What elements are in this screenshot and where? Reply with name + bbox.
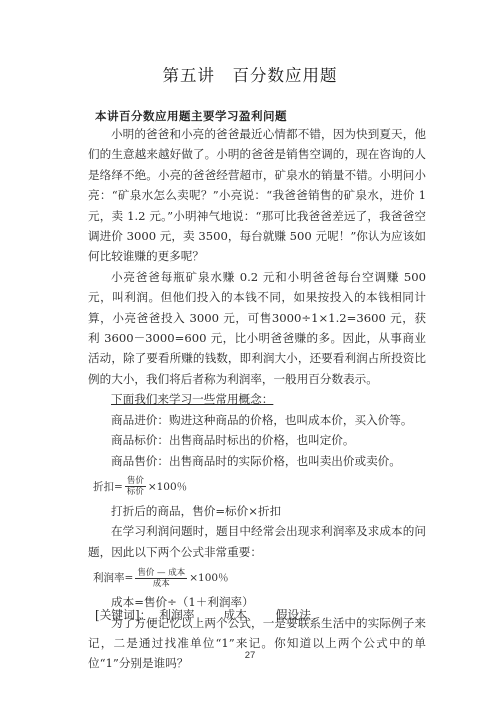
concepts-heading: 下面我们来学习一些常用概念： [88,389,426,409]
concept-cost-price: 商品进价：购进这种商品的价格，也叫成本价，买入价等。 [88,410,426,430]
concept-marked-price: 商品标价：出售商品时标出的价格，也叫定价。 [88,430,426,450]
fraction-numerator: 售价 [125,476,146,487]
lecture-title: 第五讲 百分数应用题 [0,62,500,86]
discount-rule: 打折后的商品，售价=标价×折扣 [88,501,426,521]
formula-discount: 折扣= 售价 标价 ×100％ [88,473,426,501]
formula-profit-rate-fraction: 售价 — 成本 成本 [135,568,187,589]
keywords-label: [关键词]： [95,608,151,622]
fraction-denominator: 标价 [125,487,146,497]
lecture-lead: 本讲百分数应用题主要学习盈利问题 [95,108,287,124]
formula-discount-lhs: 折扣= [93,477,123,497]
keyword-assumption-method: 假设法 [276,608,311,622]
page-number: 27 [0,650,500,661]
fraction-denominator: 成本 [151,579,172,589]
fraction-numerator: 售价 — 成本 [135,568,187,579]
keywords-line: [关键词]： 利润率 成本 假设法 [95,606,336,623]
concepts-heading-text: 下面我们来学习一些常用概念： [111,392,273,406]
keyword-cost: 成本 [223,608,247,622]
formula-discount-fraction: 售价 标价 [125,476,146,497]
formula-profit-rate: 利润率= 售价 — 成本 成本 ×100％ [88,564,426,592]
formula-discount-suffix: ×100％ [148,477,187,497]
document-body: 小明的爸爸和小亮的爸爸最近心情都不错，因为快到夏天，他们的生意越来越好做了。小明… [88,124,426,674]
concept-selling-price: 商品售价：出售商品时的实际价格，也叫卖出价或卖价。 [88,451,426,471]
formula-profit-rate-lhs: 利润率= [93,568,133,588]
paragraph-explanation: 小亮爸爸每瓶矿泉水赚 0.2 元和小明爸爸每台空调赚 500 元，叫利润。但他们… [88,267,426,389]
formula-profit-rate-suffix: ×100％ [189,568,228,588]
paragraph-story: 小明的爸爸和小亮的爸爸最近心情都不错，因为快到夏天，他们的生意越来越好做了。小明… [88,124,426,267]
document-page: 第五讲 百分数应用题 本讲百分数应用题主要学习盈利问题 小明的爸爸和小亮的爸爸最… [0,0,500,707]
keyword-profit-rate: 利润率 [159,608,194,622]
profit-intro: 在学习利润问题时，题目中经常会出现求利润率及求成本的问题，因此以下两个公式非常重… [88,521,426,562]
